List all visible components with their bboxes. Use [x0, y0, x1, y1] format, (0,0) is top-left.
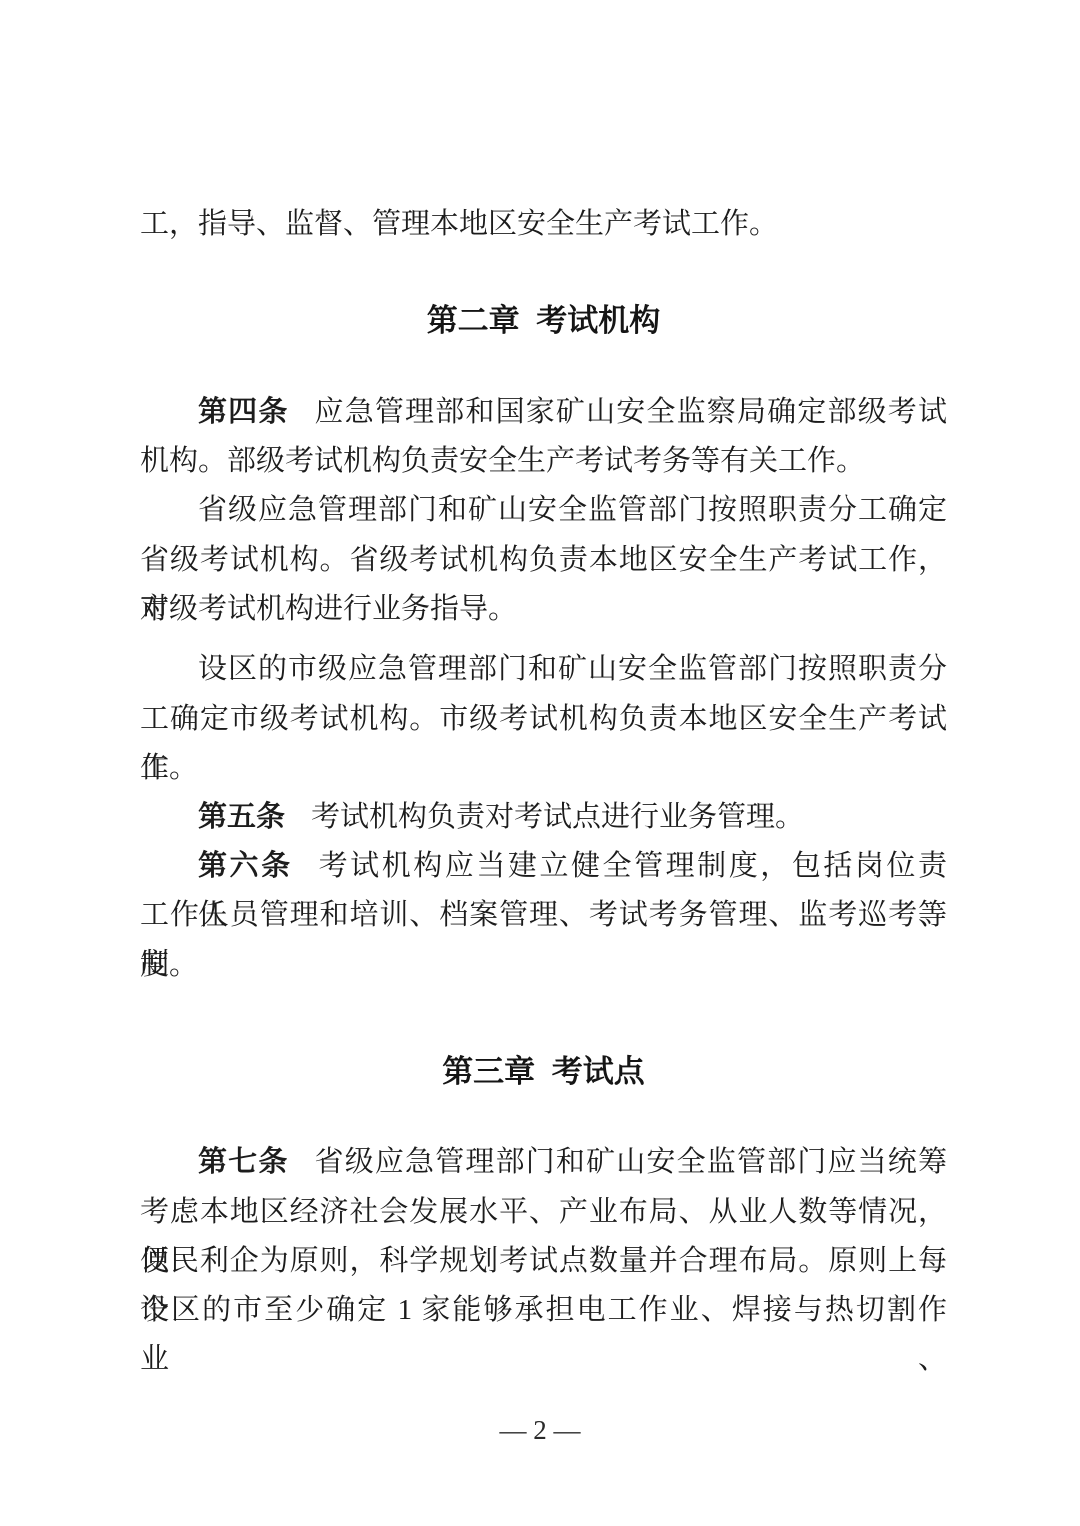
article5-label: 第五条 — [198, 801, 285, 833]
paragraph-line-text: 应急管理部和国家矿山安全监察局确定部级考试 — [315, 396, 947, 428]
article7-line: 设区的市至少确定 1 家能够承担电工作业、焊接与热切割作业、 — [140, 1286, 947, 1335]
article7-line: 考虑本地区经济社会发展水平、产业布局、从业人数等情况，以 — [140, 1188, 947, 1237]
article4-label: 第四条 — [198, 396, 289, 428]
article4-line: 省级应急管理部门和矿山安全监管部门按照职责分工确定 — [140, 486, 947, 535]
article6-line: 度。 — [140, 941, 947, 990]
paragraph-line-text: 考试机构负责对考试点进行业务管理。 — [311, 801, 804, 833]
article6-line: 工作人员管理和培训、档案管理、考试考务管理、监考巡考等制 — [140, 891, 947, 940]
article6-line: 第六条考试机构应当建立健全管理制度，包括岗位责任、 — [140, 842, 947, 891]
chapter3-heading: 第三章 考试点 — [140, 1047, 947, 1097]
article7-line: 第七条省级应急管理部门和矿山安全监管部门应当统筹 — [140, 1138, 947, 1187]
article5-line: 第五条考试机构负责对考试点进行业务管理。 — [140, 793, 947, 842]
article4-line: 工确定市级考试机构。市级考试机构负责本地区安全生产考试工 — [140, 695, 947, 744]
article4-line: 市级考试机构进行业务指导。 — [140, 585, 947, 634]
article7-line: 便民利企为原则，科学规划考试点数量并合理布局。原则上每个 — [140, 1237, 947, 1286]
article6-label: 第六条 — [198, 850, 293, 882]
article4-line: 机构。部级考试机构负责安全生产考试考务等有关工作。 — [140, 437, 947, 486]
page-number: — 2 — — [0, 1405, 1080, 1455]
article4-line: 第四条应急管理部和国家矿山安全监察局确定部级考试 — [140, 388, 947, 437]
article4-line: 设区的市级应急管理部门和矿山安全监管部门按照职责分 — [140, 645, 947, 694]
article4-line: 作。 — [140, 744, 947, 793]
article4-line: 省级考试机构。省级考试机构负责本地区安全生产考试工作，对 — [140, 536, 947, 585]
document-page: 工，指导、监督、管理本地区安全生产考试工作。 第二章 考试机构 第四条应急管理部… — [0, 0, 1080, 1526]
carryover-paragraph-line: 工，指导、监督、管理本地区安全生产考试工作。 — [140, 200, 947, 249]
chapter2-heading: 第二章 考试机构 — [140, 296, 947, 346]
paragraph-line-text: 省级应急管理部门和矿山安全监管部门应当统筹 — [315, 1146, 947, 1178]
article7-label: 第七条 — [198, 1146, 289, 1178]
